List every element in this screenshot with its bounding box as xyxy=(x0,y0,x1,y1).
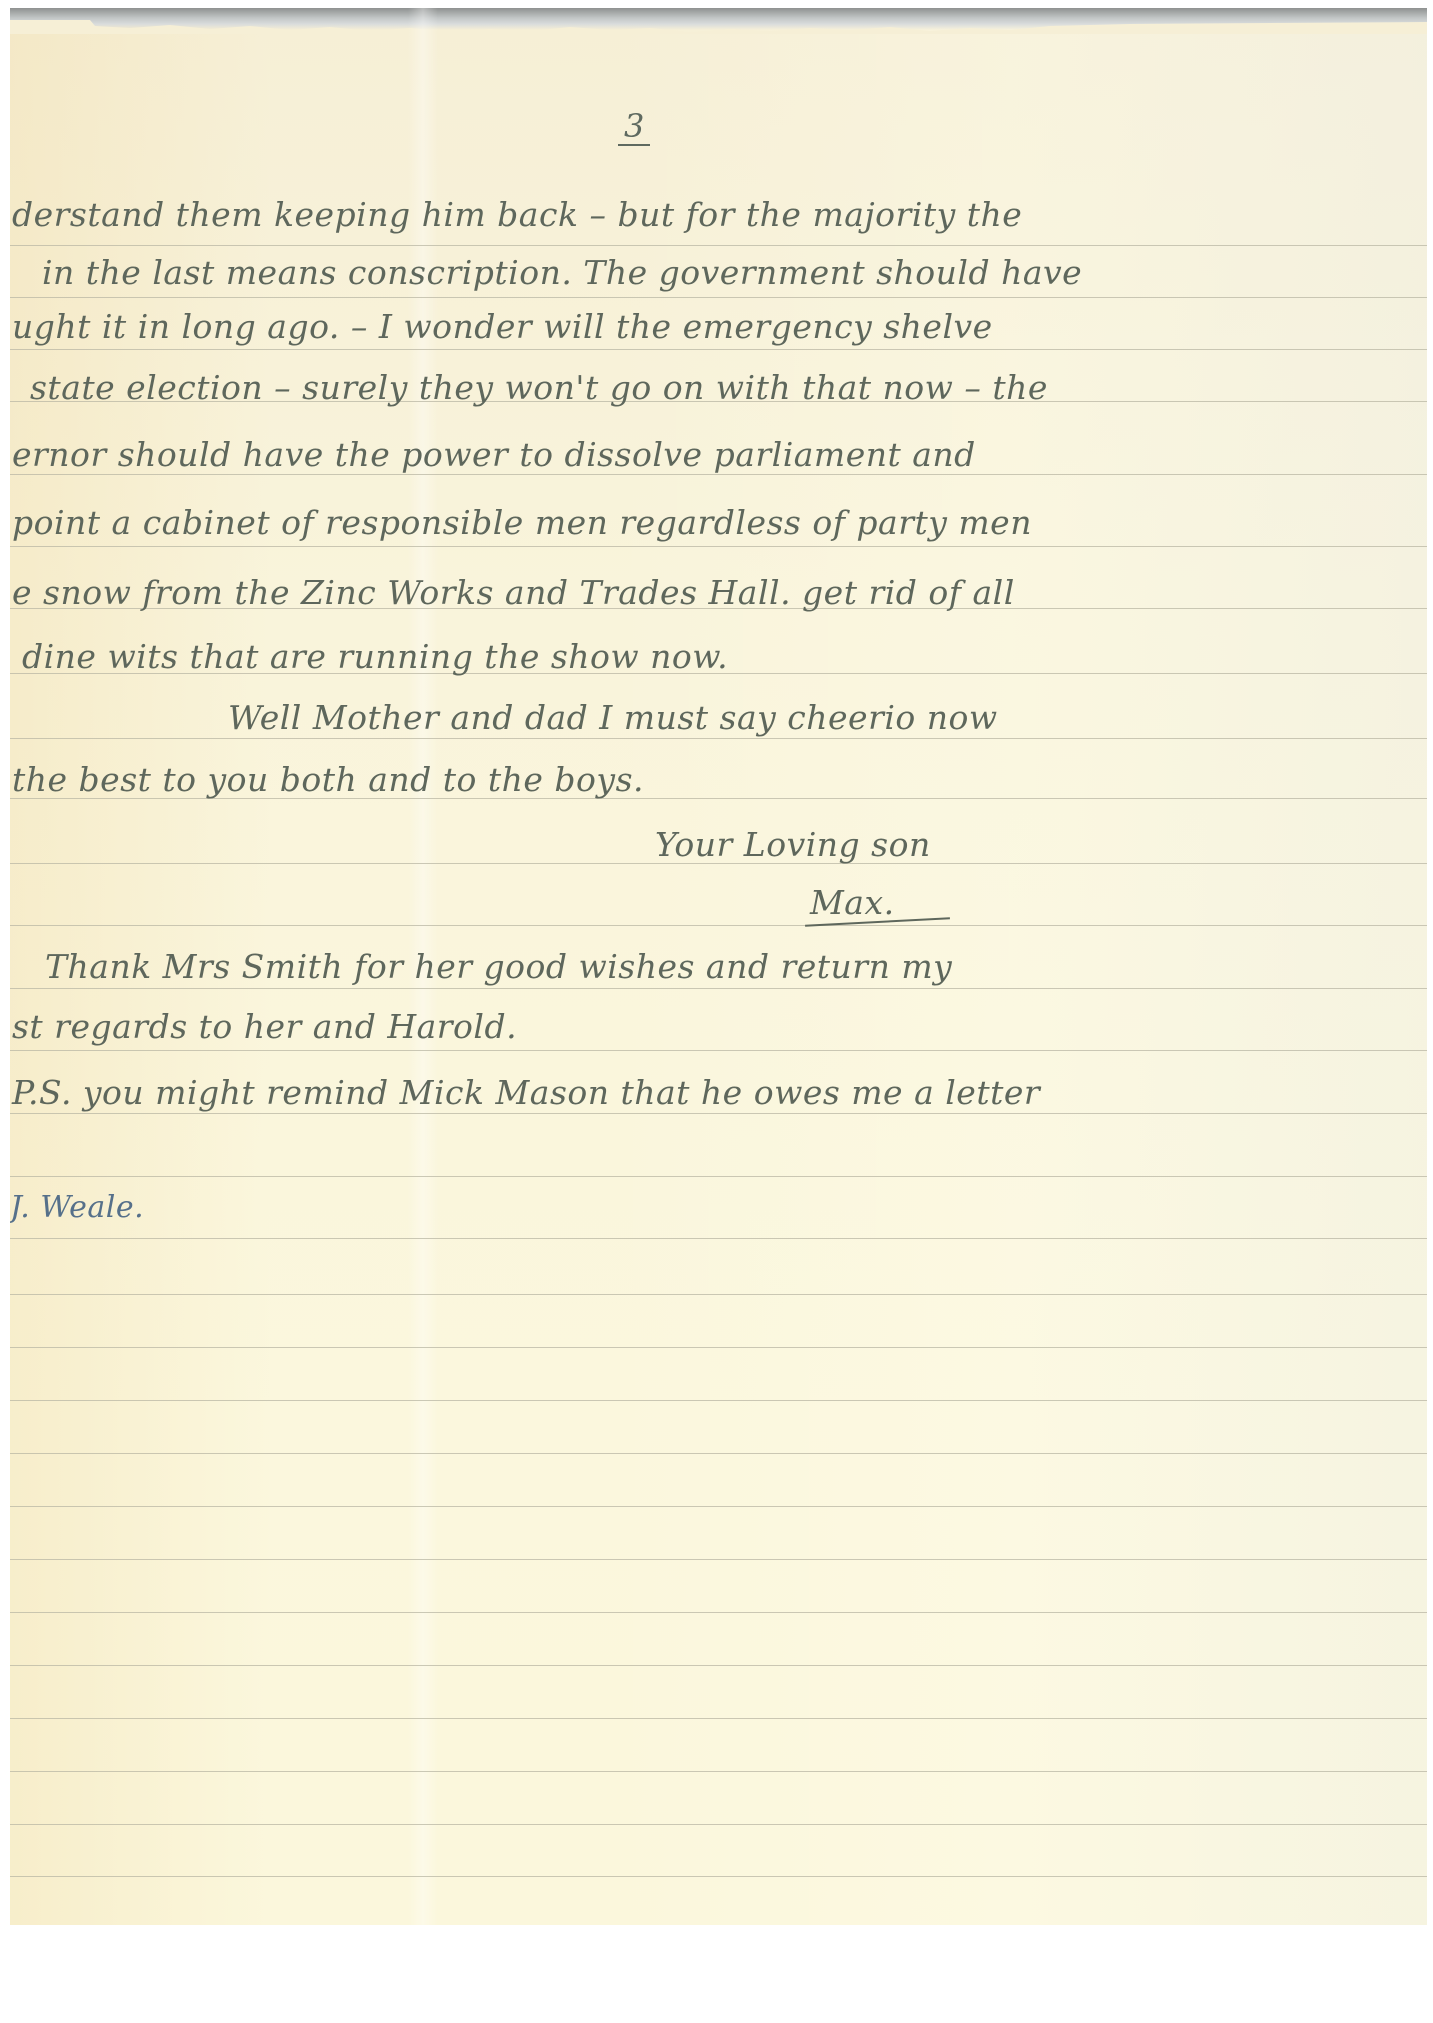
archival-annotation: J. Weale. xyxy=(10,1193,144,1223)
ruled-line xyxy=(10,1665,1427,1666)
ruled-line xyxy=(10,988,1427,989)
ruled-line xyxy=(10,1238,1427,1239)
ruled-line xyxy=(10,1347,1427,1348)
ruled-line xyxy=(10,1718,1427,1719)
farewell-line-1: Well Mother and dad I must say cheerio n… xyxy=(228,701,998,734)
page-number: 3 xyxy=(618,110,650,146)
letter-page: 3 derstand them keeping him back – but f… xyxy=(10,8,1427,1925)
ruled-line xyxy=(10,1559,1427,1560)
postscript-line-3: P.S. you might remind Mick Mason that he… xyxy=(12,1076,1040,1109)
ruled-line xyxy=(10,1824,1427,1825)
ruled-line xyxy=(10,1176,1427,1177)
ruled-line xyxy=(10,474,1427,475)
ruled-line xyxy=(10,1113,1427,1114)
letter-line-1: derstand them keeping him back – but for… xyxy=(12,198,1022,231)
letter-line-2: in the last means conscription. The gove… xyxy=(42,256,1082,289)
ruled-line xyxy=(10,349,1427,350)
ruled-line xyxy=(10,925,1427,926)
letter-line-4: state election – surely they won't go on… xyxy=(30,371,1048,404)
ruled-line xyxy=(10,245,1427,246)
ruled-line xyxy=(10,1453,1427,1454)
ruled-line xyxy=(10,1050,1427,1051)
ruled-line xyxy=(10,1400,1427,1401)
ruled-line xyxy=(10,297,1427,298)
farewell-line-2: the best to you both and to the boys. xyxy=(12,763,644,796)
ruled-line xyxy=(10,738,1427,739)
letter-line-8: dine wits that are running the show now. xyxy=(22,640,728,673)
sign-off: Your Loving son xyxy=(655,828,931,861)
signature: Max. xyxy=(810,886,895,919)
postscript-line-1: Thank Mrs Smith for her good wishes and … xyxy=(45,950,952,983)
ruled-line xyxy=(10,1876,1427,1877)
ruled-line xyxy=(10,546,1427,547)
ruled-line xyxy=(10,1506,1427,1507)
torn-paper-edge xyxy=(10,20,1427,34)
letter-line-6: point a cabinet of responsible men regar… xyxy=(12,506,1032,539)
ruled-line xyxy=(10,1294,1427,1295)
postscript-line-2: st regards to her and Harold. xyxy=(12,1010,517,1043)
letter-line-3: ught it in long ago. – I wonder will the… xyxy=(12,310,993,343)
letter-line-7: e snow from the Zinc Works and Trades Ha… xyxy=(12,576,1015,609)
ruled-line xyxy=(10,1612,1427,1613)
ruled-line xyxy=(10,1771,1427,1772)
letter-line-5: ernor should have the power to dissolve … xyxy=(12,438,976,471)
